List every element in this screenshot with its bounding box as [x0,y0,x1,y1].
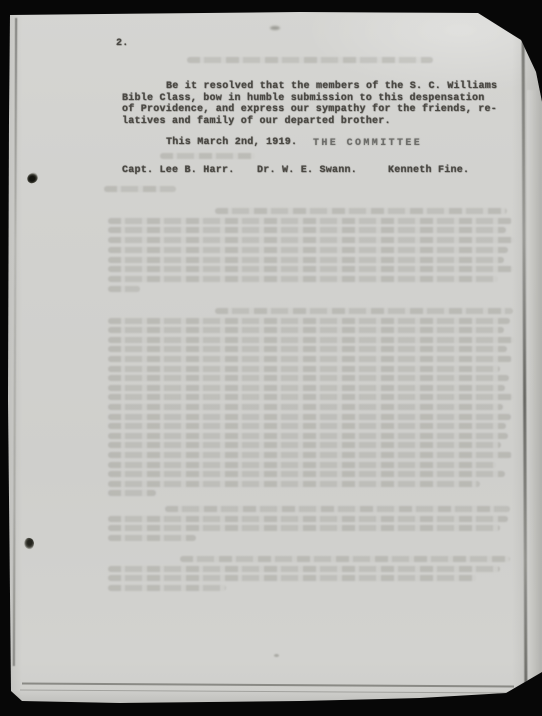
ghost-text-line [108,394,513,400]
ghost-text-line [108,575,476,581]
ghost-text-line [108,516,508,522]
ghost-text-line [104,186,176,192]
ghost-text-line [108,237,514,243]
ghost-text-line [108,218,512,224]
ghost-text-line [108,414,511,420]
signatory-name: Capt. Lee B. Harr. [122,165,235,176]
speck-mark [274,654,279,657]
ghost-text-line [215,308,513,314]
scan-background: 2. Be it resolved that the members of th… [0,0,542,716]
signatory-name: Kenneth Fine. [388,165,469,176]
ghost-text-line [108,433,508,439]
page-number: 2. [116,38,129,49]
stacked-page-edge [22,682,514,687]
signatories-row: Capt. Lee B. Harr. Dr. W. E. Swann. Kenn… [0,165,542,179]
ghost-text-line [108,423,506,429]
ghost-text-line [108,462,496,468]
ghost-text-line [108,318,510,324]
ghost-text-line [108,337,514,343]
stacked-page-edge [20,690,508,694]
ghost-text-line [165,506,510,512]
ghost-text-line [108,375,509,381]
ghost-text-line [108,404,503,410]
ghost-text-line [108,257,504,263]
ghost-text-line [108,227,506,233]
adjacent-page-edge [527,90,542,686]
ghost-text-line [108,535,196,541]
ghost-text-line [108,490,156,496]
ghost-text-line [108,276,498,282]
ghost-text-line [108,266,513,272]
date-committee-row: This March 2nd, 1919. THE COMMITTEE [0,137,542,151]
ghost-text-line [160,153,255,159]
resolution-paragraph: Be it resolved that the members of the S… [122,81,532,127]
ghost-text-line [187,57,433,63]
resolution-line: Bible Class, bow in humble submission to… [122,93,532,105]
ghost-text-line [108,366,500,372]
ghost-text-line [108,525,500,531]
document-page: 2. Be it resolved that the members of th… [0,0,542,716]
ghost-text-line [108,471,505,477]
signatory-name: Dr. W. E. Swann. [257,165,357,176]
ghost-text-line [215,208,507,214]
ghost-text-line [180,556,510,562]
ghost-text-line [108,442,501,448]
committee-label: THE COMMITTEE [313,138,422,149]
ghost-text-line [108,327,504,333]
ghost-text-line [108,452,512,458]
ghost-text-line [108,585,226,591]
ghost-text-line [108,566,500,572]
left-crease [13,18,17,666]
ghost-text-line [108,481,480,487]
ghost-text-line [108,286,140,292]
ghost-text-line [108,356,512,362]
date-text: This March 2nd, 1919. [166,137,297,148]
resolution-line: Be it resolved that the members of the S… [122,81,532,93]
ink-spot [23,537,36,550]
ghost-text-line [108,346,507,352]
ghost-text-line [108,247,508,253]
ghost-text-line [108,385,505,391]
resolution-line: latives and family of our departed broth… [122,116,532,128]
smudge-mark [270,26,280,30]
resolution-line: of Providence, and express our sympathy … [122,104,532,116]
